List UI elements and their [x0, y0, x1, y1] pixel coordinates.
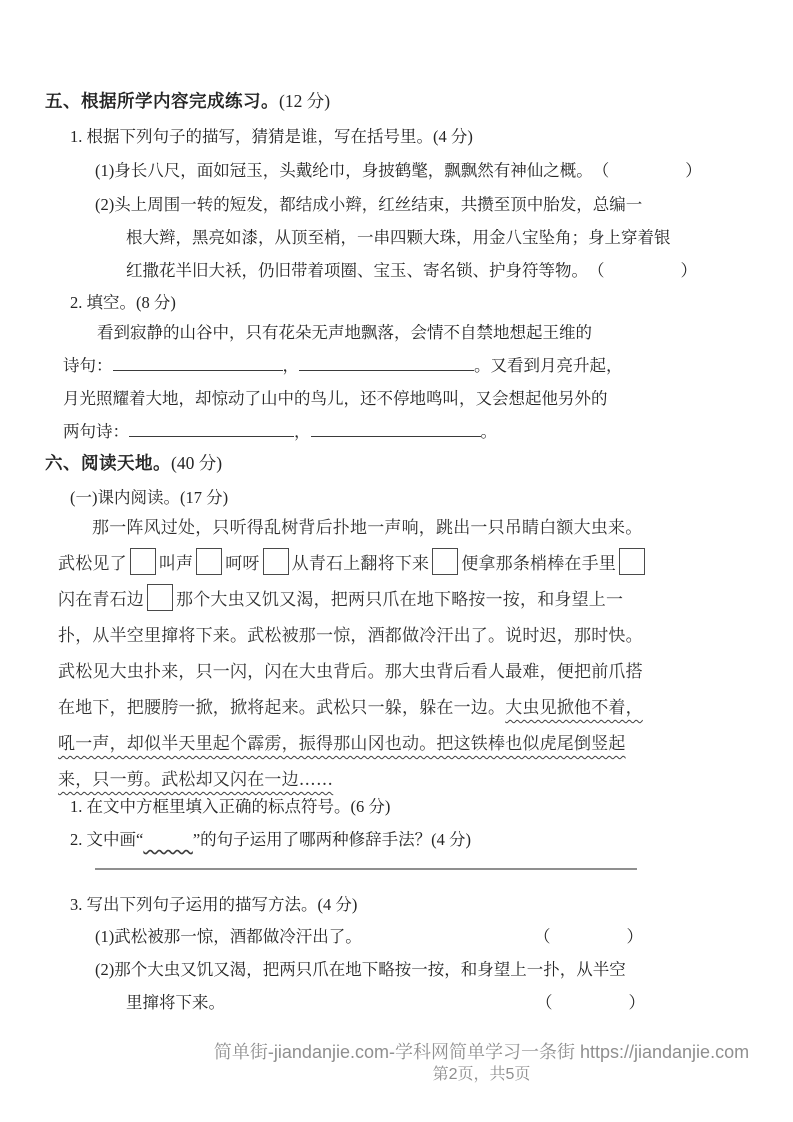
section5-title: 五、根据所学内容完成练习。 — [45, 91, 279, 111]
section5-score: (12 分) — [279, 91, 330, 111]
footer-page-number: 第2页，共5页 — [0, 1061, 793, 1084]
wavy-line-sample — [143, 823, 193, 856]
q1-item2-line3-text: 红撒花半旧大袄，仍旧带着项圈、宝玉、寄名锁、护身符等物。 — [126, 254, 588, 287]
q1-score: (6 分) — [351, 797, 391, 816]
passage-text: 从青石上翻将下来 — [292, 554, 430, 574]
answer-bracket: （ ） — [536, 986, 647, 1019]
answer-bracket: （ ） — [593, 154, 704, 187]
wavy-underlined-text: 来，只一剪。武松却又闪在一边…… — [58, 770, 333, 790]
passage-line4: 扑，从半空里撺将下来。武松被那一惊，酒都做冷汗出了。说时迟，那时快。 — [58, 618, 648, 654]
q1-item2-line3: 红撒花半旧大袄，仍旧带着项圈、宝玉、寄名锁、护身符等物。 （ ） — [95, 254, 647, 287]
q2-score: (8 分) — [136, 293, 176, 312]
exam-page: 五、根据所学内容完成练习。(12 分) 1. 根据下列句子的描写，猜猜是谁，写在… — [0, 0, 793, 1122]
fill-blank-1 — [113, 353, 283, 371]
passage-text: 在地下，把腰胯一掀，掀将起来。武松只一躲，躲在一边。 — [58, 698, 505, 718]
punctuation-box — [619, 548, 645, 575]
sub-heading-text: (一)课内阅读。 — [70, 488, 180, 507]
q2-suffix: ”的句子运用了哪两种修辞手法？ — [193, 830, 431, 849]
sub-heading-score: (17 分) — [180, 488, 228, 507]
fill-line2-prefix: 诗句： — [63, 356, 113, 375]
q1-label-text: 1. 根据下列句子的描写，猜猜是谁，写在括号里。 — [70, 127, 433, 146]
section6-heading: 六、阅读天地。(40 分) — [45, 450, 222, 475]
q3-item2-line1: (2)那个大虫又饥又渴，把两只爪在地下略按一按，和身望上一扑，从半空 — [95, 953, 647, 986]
fill-line2-comma: ， — [283, 356, 300, 375]
q2-label-text: 2. 填空。 — [70, 293, 136, 312]
q3-score: (4 分) — [318, 895, 358, 914]
q3-item2-line2: 里撺将下来。 （ ） — [95, 986, 647, 1019]
passage-line6: 在地下，把腰胯一掀，掀将起来。武松只一躲，躲在一边。大虫见掀他不着， — [58, 690, 648, 726]
passage-line1: 那一阵风过处，只听得乱树背后扑地一声响，跳出一只吊睛白额大虫来。 — [58, 510, 648, 546]
passage-text: 呵呀 — [225, 554, 259, 574]
fill-para-line1: 看到寂静的山谷中，只有花朵无声地飘落，会情不自禁地想起王维的 — [63, 316, 648, 349]
fill-para-line4: 两句诗：，。 — [63, 415, 648, 448]
section6-q3: 3. 写出下列句子运用的描写方法。(4 分) — [70, 888, 357, 921]
answer-line — [95, 868, 637, 870]
q2-score: (4 分) — [431, 830, 471, 849]
punctuation-box — [130, 548, 156, 575]
fill-para-line3: 月光照耀着大地，却惊动了山中的鸟儿，还不停地鸣叫，又会想起他另外的 — [63, 382, 648, 415]
fill-line4-comma: ， — [294, 422, 311, 441]
q2-prefix: 2. 文中画“ — [70, 830, 143, 849]
q3-text: 3. 写出下列句子运用的描写方法。 — [70, 895, 318, 914]
fill-blank-3 — [129, 419, 294, 437]
q1-item2-line2: 根大辫，黑亮如漆，从顶至梢，一串四颗大珠，用金八宝坠角；身上穿着银 — [95, 221, 647, 254]
q1-score: (4 分) — [433, 127, 473, 146]
reading-passage: 那一阵风过处，只听得乱树背后扑地一声响，跳出一只吊睛白额大虫来。 武松见了叫声呵… — [58, 510, 648, 798]
passage-line5: 武松见大虫扑来，只一闪，闪在大虫背后。那大虫背后看人最难，便把前爪搭 — [58, 654, 648, 690]
fill-line2-suffix: 。又看到月亮升起， — [474, 356, 623, 375]
section6-title: 六、阅读天地。 — [45, 453, 171, 473]
q3-item1-text: (1)武松被那一惊，酒都做冷汗出了。 — [95, 920, 362, 953]
section5-heading: 五、根据所学内容完成练习。(12 分) — [45, 88, 330, 113]
q1-item2-line1: (2)头上周围一转的短发，都结成小辫，红丝结束，共攒至顶中胎发，总编一 — [95, 188, 647, 221]
fill-line4-prefix: 两句诗： — [63, 422, 129, 441]
section5-q1-item2: (2)头上周围一转的短发，都结成小辫，红丝结束，共攒至顶中胎发，总编一 根大辫，… — [95, 188, 647, 287]
punctuation-box — [147, 584, 173, 611]
q1-item1-text: (1)身长八尺，面如冠玉，头戴纶巾，身披鹤氅，飘飘然有神仙之概。 — [95, 154, 593, 187]
section5-q2-label: 2. 填空。(8 分) — [70, 286, 176, 319]
passage-text: 便拿那条梢棒在手里 — [461, 554, 616, 574]
section6-score: (40 分) — [171, 453, 222, 473]
answer-bracket: （ ） — [534, 920, 645, 953]
q1-text: 1. 在文中方框里填入正确的标点符号。 — [70, 797, 351, 816]
passage-text: 闪在青石边 — [58, 590, 144, 610]
passage-text: 武松见了 — [58, 554, 127, 574]
section6-q3-item1: (1)武松被那一惊，酒都做冷汗出了。 （ ） — [95, 920, 645, 953]
passage-line7: 吼一声，却似半天里起个霹雳，振得那山冈也动。把这铁棒也似虎尾倒竖起 — [58, 726, 648, 762]
section6-q1: 1. 在文中方框里填入正确的标点符号。(6 分) — [70, 790, 390, 823]
punctuation-box — [263, 548, 289, 575]
section5-q1-label: 1. 根据下列句子的描写，猜猜是谁，写在括号里。(4 分) — [70, 120, 473, 153]
q3-item2-line2-text: 里撺将下来。 — [126, 986, 225, 1019]
wavy-underlined-text: 大虫见掀他不着， — [505, 698, 643, 718]
fill-para-line2: 诗句：，。又看到月亮升起， — [63, 349, 648, 382]
section6-q3-item2: (2)那个大虫又饥又渴，把两只爪在地下略按一按，和身望上一扑，从半空 里撺将下来… — [95, 953, 647, 1019]
section5-q2-paragraph: 看到寂静的山谷中，只有花朵无声地飘落，会情不自禁地想起王维的 诗句：，。又看到月… — [63, 316, 648, 448]
passage-text: 那个大虫又饥又渴，把两只爪在地下略按一按，和身望上一 — [176, 590, 623, 610]
punctuation-box — [196, 548, 222, 575]
section6-q2: 2. 文中画“ ”的句子运用了哪两种修辞手法？(4 分) — [70, 823, 471, 856]
section5-q1-item1: (1)身长八尺，面如冠玉，头戴纶巾，身披鹤氅，飘飘然有神仙之概。 （ ） — [95, 154, 645, 187]
answer-bracket: （ ） — [588, 254, 699, 287]
punctuation-box — [432, 548, 458, 575]
passage-text: 叫声 — [159, 554, 193, 574]
fill-line4-suffix: 。 — [481, 422, 498, 441]
fill-blank-2 — [299, 353, 474, 371]
passage-line3: 闪在青石边那个大虫又饥又渴，把两只爪在地下略按一按，和身望上一 — [58, 582, 648, 618]
fill-blank-4 — [311, 419, 481, 437]
passage-line2: 武松见了叫声呵呀从青石上翻将下来便拿那条梢棒在手里 — [58, 546, 648, 582]
